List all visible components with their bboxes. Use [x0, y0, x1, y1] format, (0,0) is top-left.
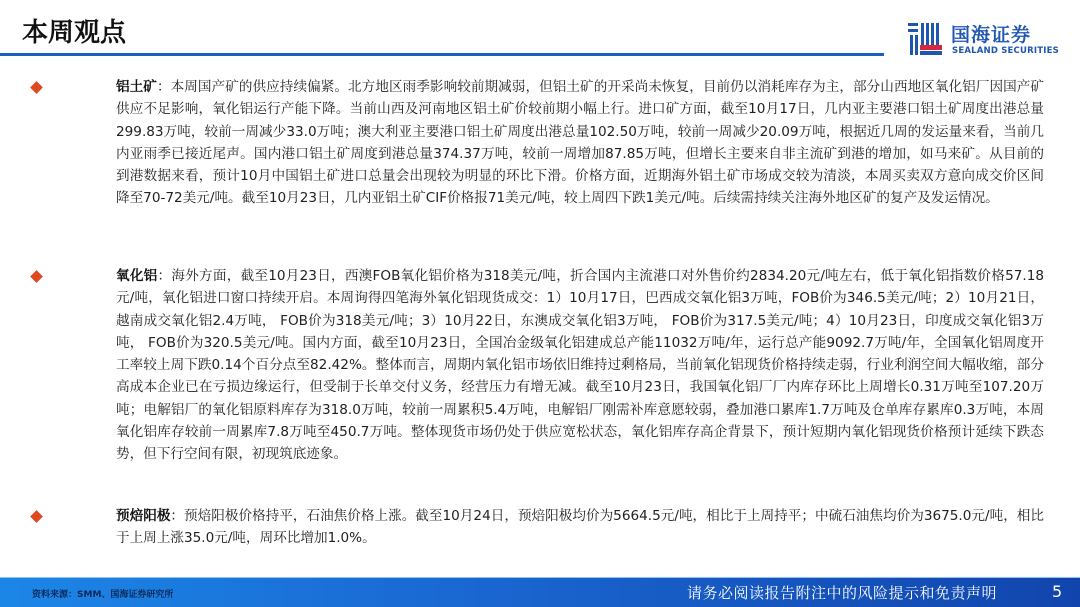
- diamond-bullet-icon: [30, 270, 43, 283]
- diamond-bullet-icon: [30, 510, 43, 523]
- sealand-logo-icon: [906, 20, 944, 58]
- page-number: 5: [1052, 582, 1062, 601]
- page-title: 本周观点: [22, 12, 126, 49]
- section-label: 铝土矿: [116, 79, 157, 95]
- data-source: 资料来源：SMM、国海证券研究所: [32, 587, 173, 600]
- section-label: 预焙阳极: [116, 508, 170, 524]
- alumina-paragraph: 氧化铝：海外方面，截至10月23日，西澳FOB氧化铝价格为318美元/吨，折合国…: [116, 265, 1044, 466]
- section-bauxite: 铝土矿：本周国产矿的供应持续偏紧。北方地区雨季影响较前期减弱，但铝土矿的开采尚未…: [0, 76, 1080, 210]
- slide-header: 本周观点 国海证券 SEALAND SECURITIES: [0, 0, 1080, 60]
- prebaked-anode-paragraph: 预焙阳极：预焙阳极价格持平，石油焦价格上涨。截至10月24日，预焙阳极均价为56…: [116, 505, 1044, 550]
- section-label: 氧化铝: [116, 268, 158, 284]
- bauxite-paragraph: 铝土矿：本周国产矿的供应持续偏紧。北方地区雨季影响较前期减弱，但铝土矿的开采尚未…: [116, 76, 1044, 210]
- diamond-bullet-icon: [30, 81, 43, 94]
- section-prebaked-anode: 预焙阳极：预焙阳极价格持平，石油焦价格上涨。截至10月24日，预焙阳极均价为56…: [0, 505, 1080, 550]
- section-text: 海外方面，截至10月23日，西澳FOB氧化铝价格为318美元/吨，折合国内主流港…: [116, 268, 1044, 462]
- section-alumina: 氧化铝：海外方面，截至10月23日，西澳FOB氧化铝价格为318美元/吨，折合国…: [0, 265, 1080, 466]
- title-divider: [0, 53, 884, 56]
- logo-name-cn: 国海证券: [951, 20, 1031, 47]
- logo-name-en: SEALAND SECURITIES: [952, 46, 1059, 56]
- section-text: 预焙阳极价格持平，石油焦价格上涨。截至10月24日，预焙阳极均价为5664.5元…: [116, 508, 1044, 546]
- disclaimer-text: 请务必阅读报告附注中的风险提示和免责声明: [687, 582, 997, 603]
- section-text: 本周国产矿的供应持续偏紧。北方地区雨季影响较前期减弱，但铝土矿的开采尚未恢复，目…: [116, 79, 1044, 206]
- slide-footer: 资料来源：SMM、国海证券研究所 请务必阅读报告附注中的风险提示和免责声明 5: [0, 577, 1080, 607]
- company-logo: 国海证券 SEALAND SECURITIES: [906, 20, 1066, 60]
